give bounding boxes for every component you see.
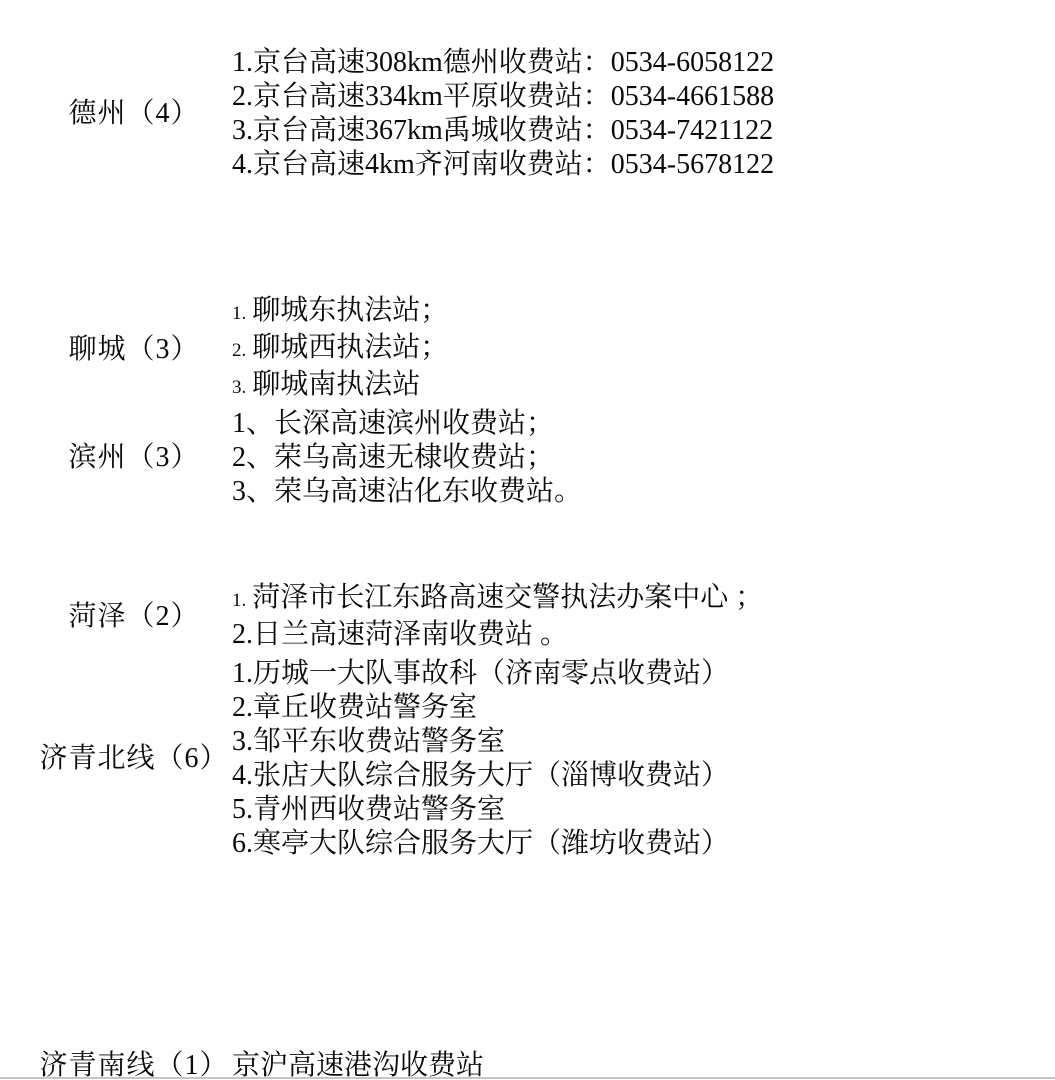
station-line: 1.京台高速308km德州收费站：0534-6058122 <box>232 46 1055 80</box>
station-line: 6.寒亭大队综合服务大厅（潍坊收费站） <box>232 827 1055 861</box>
station-text: 青州西收费站警务室 <box>253 794 505 825</box>
station-list-cell: 京沪高速港沟收费站 <box>232 1049 1055 1080</box>
region-label-cell: 济青北线（6） <box>0 742 232 776</box>
station-list-cell: 1.聊城东执法站；2.聊城西执法站；3.聊城南执法站 <box>232 294 1055 405</box>
line-number: 3. <box>232 377 252 398</box>
line-number: 4. <box>232 760 253 791</box>
station-text: 日兰高速菏泽南收费站 。 <box>253 619 568 650</box>
region-label: 菏泽（2） <box>68 600 199 634</box>
line-number: 4. <box>232 149 253 180</box>
station-line: 1、长深高速滨州收费站； <box>232 407 1055 441</box>
station-line: 2.京台高速334km平原收费站：0534-4661588 <box>232 80 1055 114</box>
region-label-cell: 德州（4） <box>0 97 232 131</box>
station-text: 聊城东执法站； <box>252 295 448 326</box>
region-label-cell: 滨州（3） <box>0 441 232 475</box>
station-text: 荣乌高速无棣收费站； <box>274 442 554 473</box>
station-text: 章丘收费站警务室 <box>253 692 477 723</box>
station-list-cell: 1、长深高速滨州收费站；2、荣乌高速无棣收费站；3、荣乌高速沾化东收费站。 <box>232 407 1055 509</box>
station-text: 聊城西执法站； <box>252 332 448 363</box>
region-label: 济青南线（1） <box>39 1049 228 1080</box>
station-text: 邹平东收费站警务室 <box>253 726 505 757</box>
station-list-cell: 1.菏泽市长江东路高速交警执法办案中心 ；2.日兰高速菏泽南收费站 。 <box>232 581 1055 652</box>
station-text: 荣乌高速沾化东收费站。 <box>274 476 582 507</box>
station-text: 张店大队综合服务大厅（淄博收费站） <box>253 760 729 791</box>
line-number: 6. <box>232 828 253 859</box>
station-text: 聊城南执法站 <box>252 369 420 400</box>
table-row-jiqing-north: 济青北线（6）1.历城一大队事故科（济南零点收费站）2.章丘收费站警务室3.邹平… <box>0 657 1055 861</box>
region-label-cell: 济青南线（1） <box>0 1049 232 1080</box>
station-line: 2.日兰高速菏泽南收费站 。 <box>232 618 1055 652</box>
station-text: 寒亭大队综合服务大厅（潍坊收费站） <box>253 828 729 859</box>
table-row-dezhou: 德州（4）1.京台高速308km德州收费站：0534-60581222.京台高速… <box>0 46 1055 182</box>
station-text: 京台高速4km齐河南收费站：0534-5678122 <box>253 149 774 180</box>
region-label: 济青北线（6） <box>39 742 228 776</box>
station-text: 京台高速308km德州收费站：0534-6058122 <box>253 47 774 78</box>
table-bottom-border <box>0 1077 1055 1079</box>
line-number: 2. <box>232 81 253 112</box>
line-number: 1. <box>232 47 253 78</box>
station-text: 京沪高速港沟收费站 <box>232 1050 484 1080</box>
line-number: 3. <box>232 726 253 757</box>
line-number: 2. <box>232 340 252 361</box>
table-row-heze: 菏泽（2）1.菏泽市长江东路高速交警执法办案中心 ；2.日兰高速菏泽南收费站 。 <box>0 581 1055 652</box>
station-text: 京台高速367km禹城收费站：0534-7421122 <box>253 115 773 146</box>
line-number: 3、 <box>232 476 274 507</box>
toll-station-document: 德州（4）1.京台高速308km德州收费站：0534-60581222.京台高速… <box>0 0 1055 1080</box>
station-line: 3.京台高速367km禹城收费站：0534-7421122 <box>232 114 1055 148</box>
line-number: 1. <box>232 590 252 611</box>
region-label-cell: 聊城（3） <box>0 333 232 367</box>
table-row-binzhou: 滨州（3）1、长深高速滨州收费站；2、荣乌高速无棣收费站；3、荣乌高速沾化东收费… <box>0 407 1055 509</box>
region-label: 德州（4） <box>68 97 199 131</box>
station-line: 4.京台高速4km齐河南收费站：0534-5678122 <box>232 148 1055 182</box>
region-label-cell: 菏泽（2） <box>0 600 232 634</box>
line-number: 2. <box>232 692 253 723</box>
station-line: 3.邹平东收费站警务室 <box>232 725 1055 759</box>
station-line: 3.聊城南执法站 <box>232 368 1055 405</box>
line-number: 2. <box>232 619 253 650</box>
station-line: 5.青州西收费站警务室 <box>232 793 1055 827</box>
line-number: 3. <box>232 115 253 146</box>
station-line: 3、荣乌高速沾化东收费站。 <box>232 475 1055 509</box>
station-text: 历城一大队事故科（济南零点收费站） <box>253 658 729 689</box>
station-line: 2.章丘收费站警务室 <box>232 691 1055 725</box>
station-text: 菏泽市长江东路高速交警执法办案中心 ； <box>252 582 763 613</box>
table-row-liaocheng: 聊城（3）1.聊城东执法站；2.聊城西执法站；3.聊城南执法站 <box>0 294 1055 405</box>
region-label: 滨州（3） <box>68 441 199 475</box>
station-list-cell: 1.京台高速308km德州收费站：0534-60581222.京台高速334km… <box>232 46 1055 182</box>
station-line: 京沪高速港沟收费站 <box>232 1049 1055 1080</box>
station-line: 4.张店大队综合服务大厅（淄博收费站） <box>232 759 1055 793</box>
table-row-jiqing-south: 济青南线（1）京沪高速港沟收费站 <box>0 1049 1055 1080</box>
station-line: 1.聊城东执法站； <box>232 294 1055 331</box>
line-number: 1. <box>232 658 253 689</box>
toll-station-table: 德州（4）1.京台高速308km德州收费站：0534-60581222.京台高速… <box>0 0 1055 1080</box>
line-number: 1. <box>232 303 252 324</box>
station-line: 2、荣乌高速无棣收费站； <box>232 441 1055 475</box>
station-line: 2.聊城西执法站； <box>232 331 1055 368</box>
line-number: 2、 <box>232 442 274 473</box>
station-text: 京台高速334km平原收费站：0534-4661588 <box>253 81 774 112</box>
region-label: 聊城（3） <box>68 333 199 367</box>
station-text: 长深高速滨州收费站； <box>274 408 554 439</box>
station-line: 1.历城一大队事故科（济南零点收费站） <box>232 657 1055 691</box>
station-line: 1.菏泽市长江东路高速交警执法办案中心 ； <box>232 581 1055 618</box>
station-list-cell: 1.历城一大队事故科（济南零点收费站）2.章丘收费站警务室3.邹平东收费站警务室… <box>232 657 1055 861</box>
line-number: 1、 <box>232 408 274 439</box>
line-number: 5. <box>232 794 253 825</box>
